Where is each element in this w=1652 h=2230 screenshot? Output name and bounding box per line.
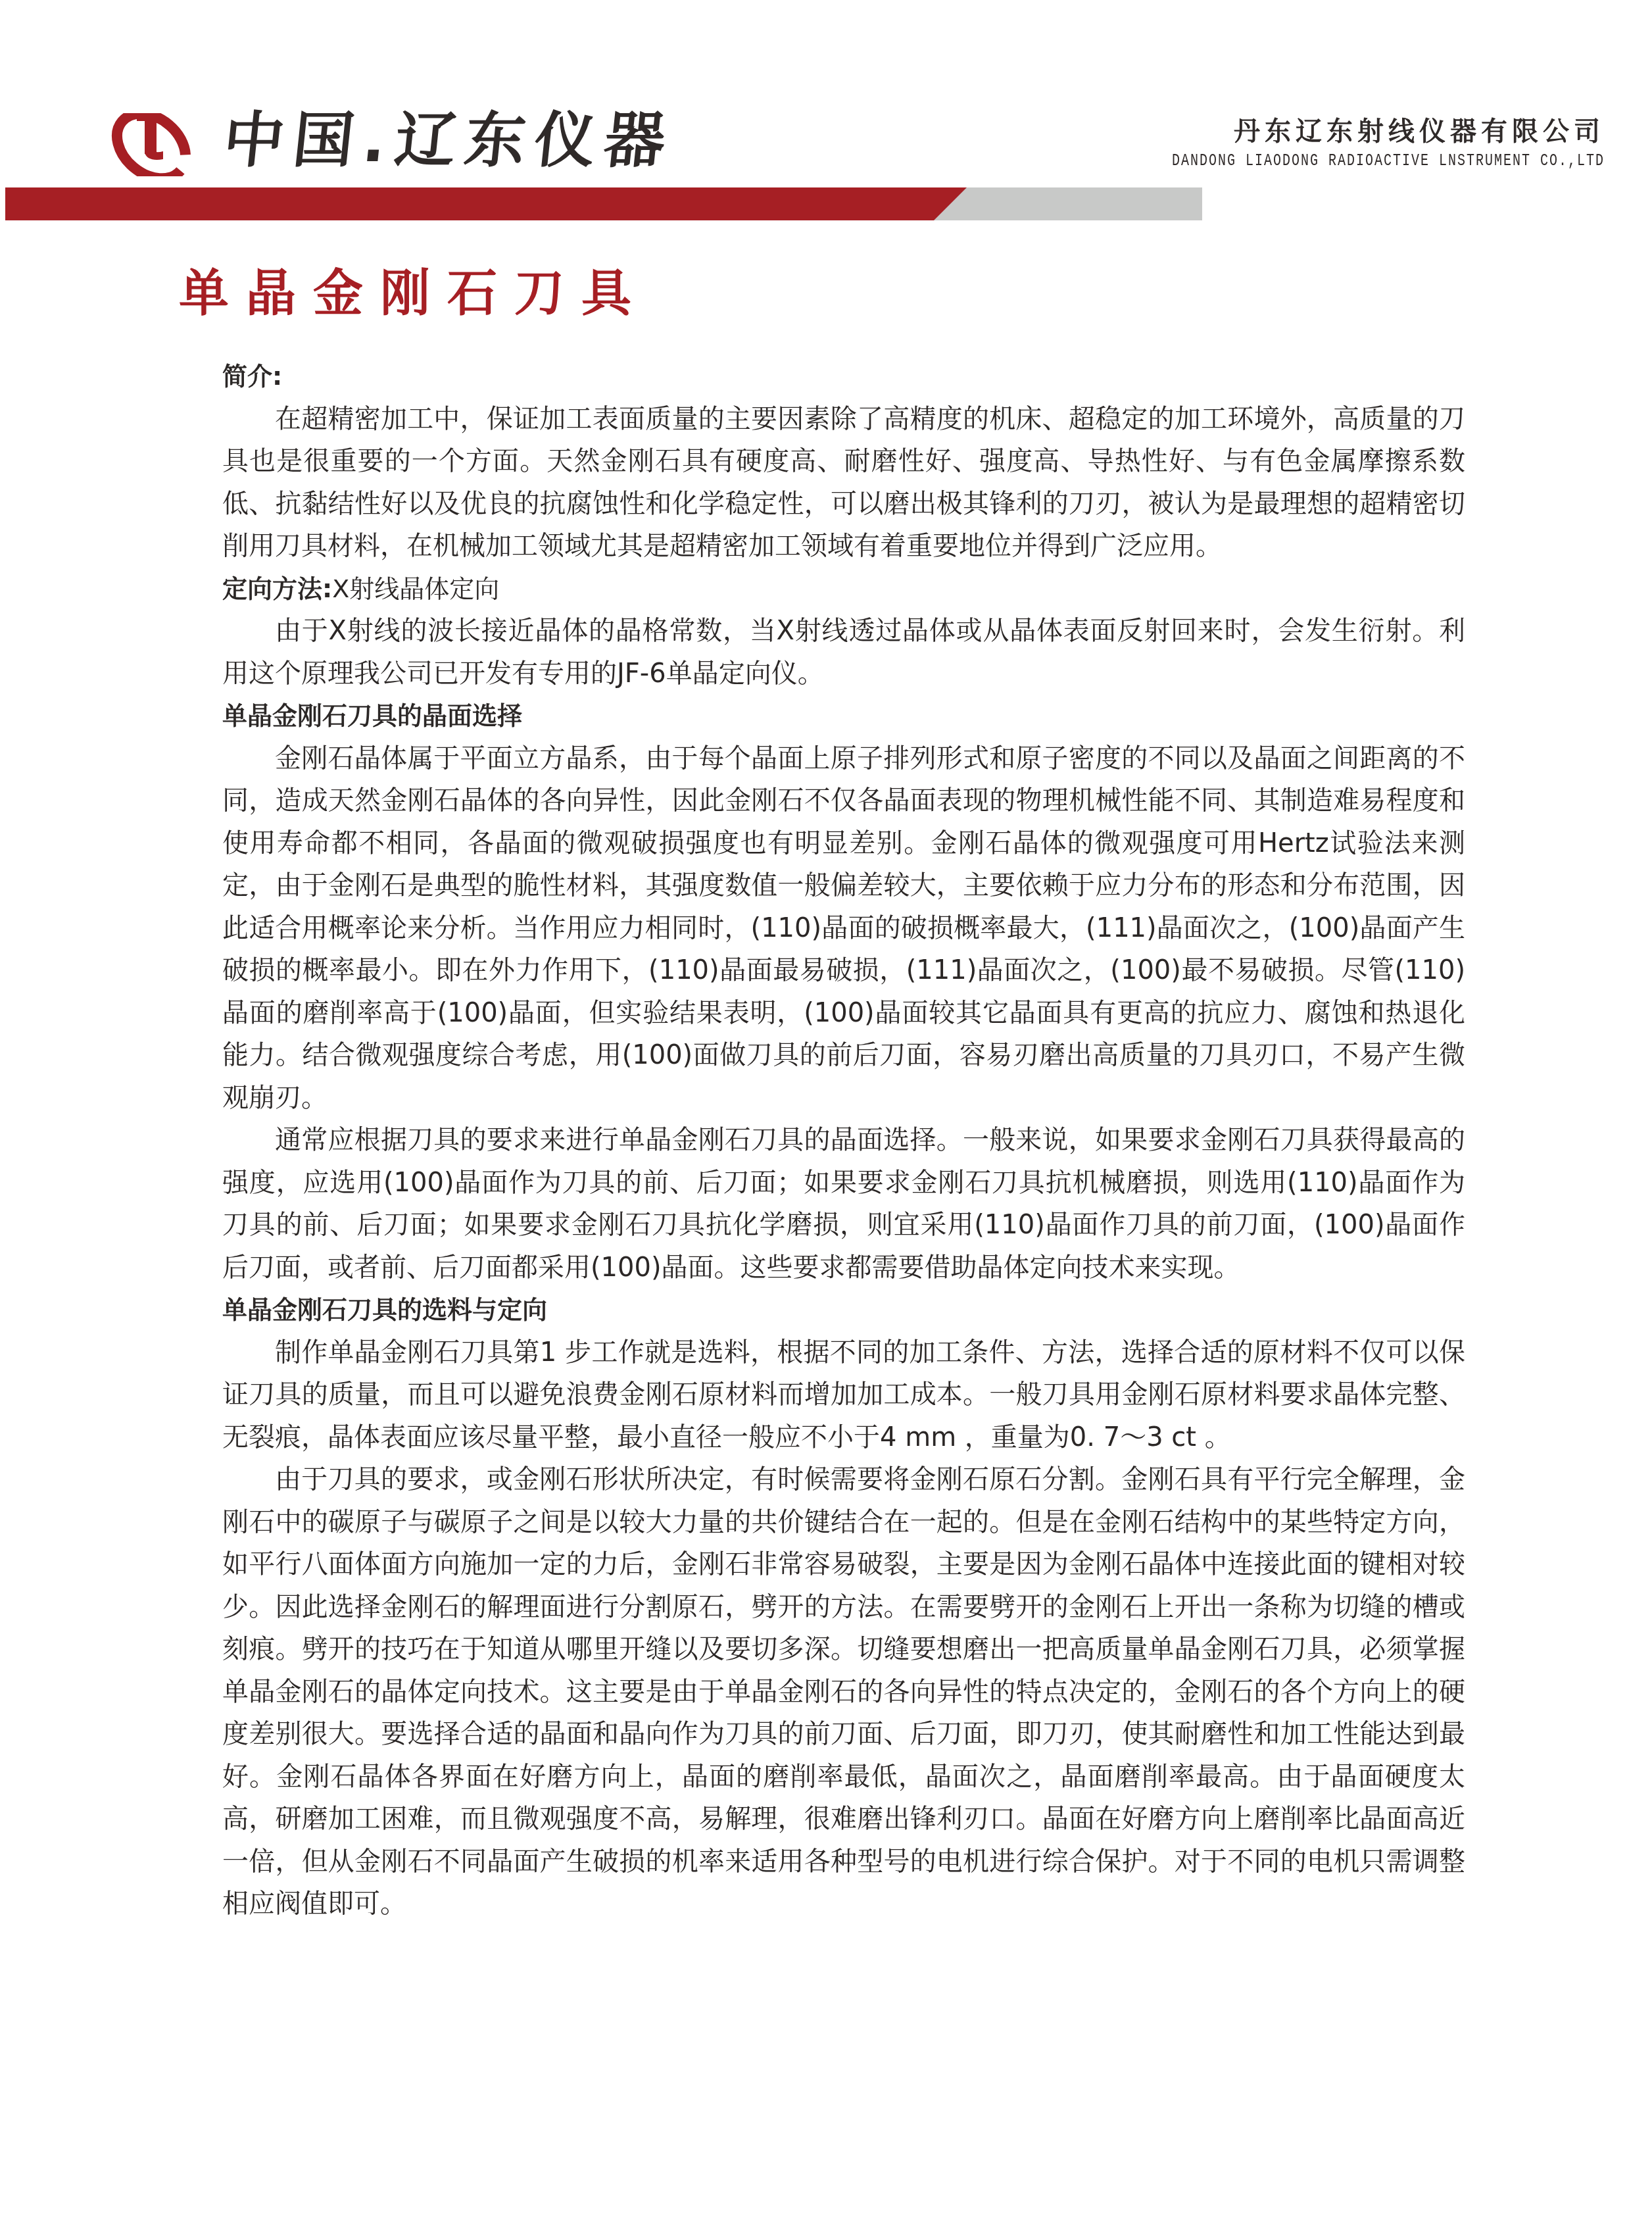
section-heading-material-selection: 单晶金刚石刀具的选料与定向 bbox=[222, 1289, 1465, 1331]
section-heading-intro: 简介: bbox=[222, 355, 1465, 398]
orientation-method-value: X射线晶体定向 bbox=[332, 574, 499, 603]
paragraph-orientation: 由于X射线的波长接近晶体的晶格常数，当X射线透过晶体或从晶体表面反射回来时，会发… bbox=[222, 610, 1465, 695]
brand-logo-text: 中国.辽东仪器 bbox=[220, 111, 677, 171]
paragraph-material-selection-2: 由于刀具的要求，或金刚石形状所决定，有时候需要将金刚石原石分割。金刚石具有平行完… bbox=[222, 1458, 1465, 1925]
header-divider-band bbox=[5, 187, 1202, 220]
company-logo-icon bbox=[110, 113, 195, 176]
section-heading-orientation: 定向方法:X射线晶体定向 bbox=[222, 568, 1465, 610]
section-heading-crystal-face: 单晶金刚石刀具的晶面选择 bbox=[222, 695, 1465, 737]
paragraph-crystal-face-2: 通常应根据刀具的要求来进行单晶金刚石刀具的晶面选择。一般来说，如果要求金刚石刀具… bbox=[222, 1119, 1465, 1289]
paragraph-intro: 在超精密加工中，保证加工表面质量的主要因素除了高精度的机床、超稳定的加工环境外，… bbox=[222, 398, 1465, 568]
article-body: 简介: 在超精密加工中，保证加工表面质量的主要因素除了高精度的机床、超稳定的加工… bbox=[222, 355, 1465, 1925]
company-name-en: DANDONG LIAODONG RADIOACTIVE LNSTRUMENT … bbox=[1172, 151, 1605, 171]
page-header: 中国.辽东仪器 丹东辽东射线仪器有限公司 DANDONG LIAODONG RA… bbox=[0, 0, 1652, 237]
company-name-block: 丹东辽东射线仪器有限公司 DANDONG LIAODONG RADIOACTIV… bbox=[1172, 117, 1605, 166]
paragraph-material-selection-1: 制作单晶金刚石刀具第1 步工作就是选料，根据不同的加工条件、方法，选择合适的原材… bbox=[222, 1331, 1465, 1459]
page-title: 单晶金刚石刀具 bbox=[179, 268, 648, 318]
paragraph-crystal-face-1: 金刚石晶体属于平面立方晶系，由于每个晶面上原子排列形式和原子密度的不同以及晶面之… bbox=[222, 737, 1465, 1120]
orientation-label: 定向方法: bbox=[222, 574, 332, 603]
company-name-cn: 丹东辽东射线仪器有限公司 bbox=[1172, 117, 1605, 146]
